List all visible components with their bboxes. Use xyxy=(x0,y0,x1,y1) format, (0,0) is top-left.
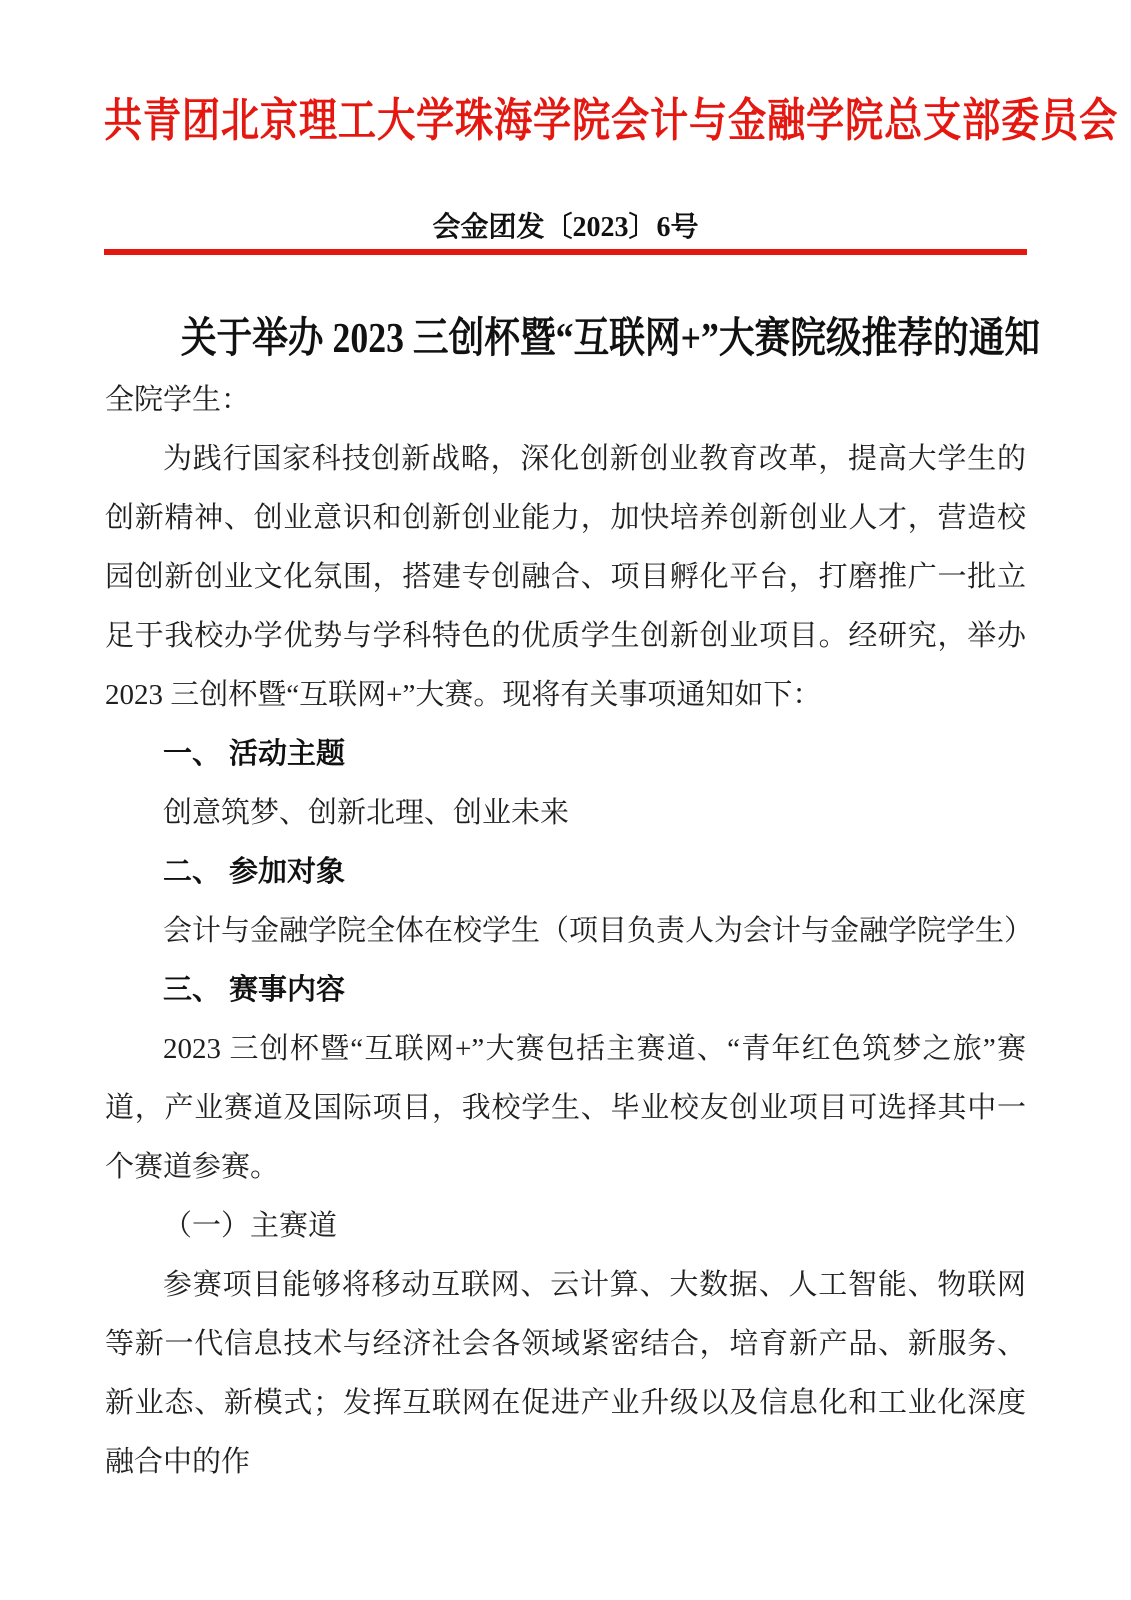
notice-title-row: 关于举办 2023 三创杯暨“互联网+”大赛院级推荐的通知 xyxy=(105,315,1026,363)
notice-title: 关于举办 2023 三创杯暨“互联网+”大赛院级推荐的通知 xyxy=(181,315,1040,363)
notice-text: 全院学生： 为践行国家科技创新战略，深化创新创业教育改革，提高大学生的创新精神、… xyxy=(105,371,1026,1492)
section-1-paragraph: 创意筑梦、创新北理、创业未来 xyxy=(105,784,1026,843)
notice-body: 关于举办 2023 三创杯暨“互联网+”大赛院级推荐的通知 全院学生： 为践行国… xyxy=(105,315,1026,1492)
letterhead: 共青团北京理工大学珠海学院会计与金融学院总支部委员会 会金团发〔2023〕6号 xyxy=(0,0,1131,255)
section-3-sub-1-paragraph: 参赛项目能够将移动互联网、云计算、大数据、人工智能、物联网等新一代信息技术与经济… xyxy=(105,1256,1026,1492)
section-3-heading: 三、 赛事内容 xyxy=(105,961,1026,1020)
org-title: 共青团北京理工大学珠海学院会计与金融学院总支部委员会 xyxy=(104,96,1118,147)
section-3-paragraph: 2023 三创杯暨“互联网+”大赛包括主赛道、“青年红色筑梦之旅”赛道，产业赛道… xyxy=(105,1020,1026,1197)
org-title-row: 共青团北京理工大学珠海学院会计与金融学院总支部委员会 xyxy=(0,0,1131,147)
salutation: 全院学生： xyxy=(105,371,1026,430)
letterhead-divider xyxy=(104,249,1027,255)
section-2-paragraph: 会计与金融学院全体在校学生（项目负责人为会计与金融学院学生） xyxy=(105,902,1026,961)
doc-number: 会金团发〔2023〕6号 xyxy=(0,213,1131,243)
intro-paragraph: 为践行国家科技创新战略，深化创新创业教育改革，提高大学生的创新精神、创业意识和创… xyxy=(105,430,1026,725)
section-1-heading: 一、 活动主题 xyxy=(105,725,1026,784)
document-page: 共青团北京理工大学珠海学院会计与金融学院总支部委员会 会金团发〔2023〕6号 … xyxy=(0,0,1131,1600)
section-3-sub-1-heading: （一）主赛道 xyxy=(105,1197,1026,1256)
section-2-heading: 二、 参加对象 xyxy=(105,843,1026,902)
